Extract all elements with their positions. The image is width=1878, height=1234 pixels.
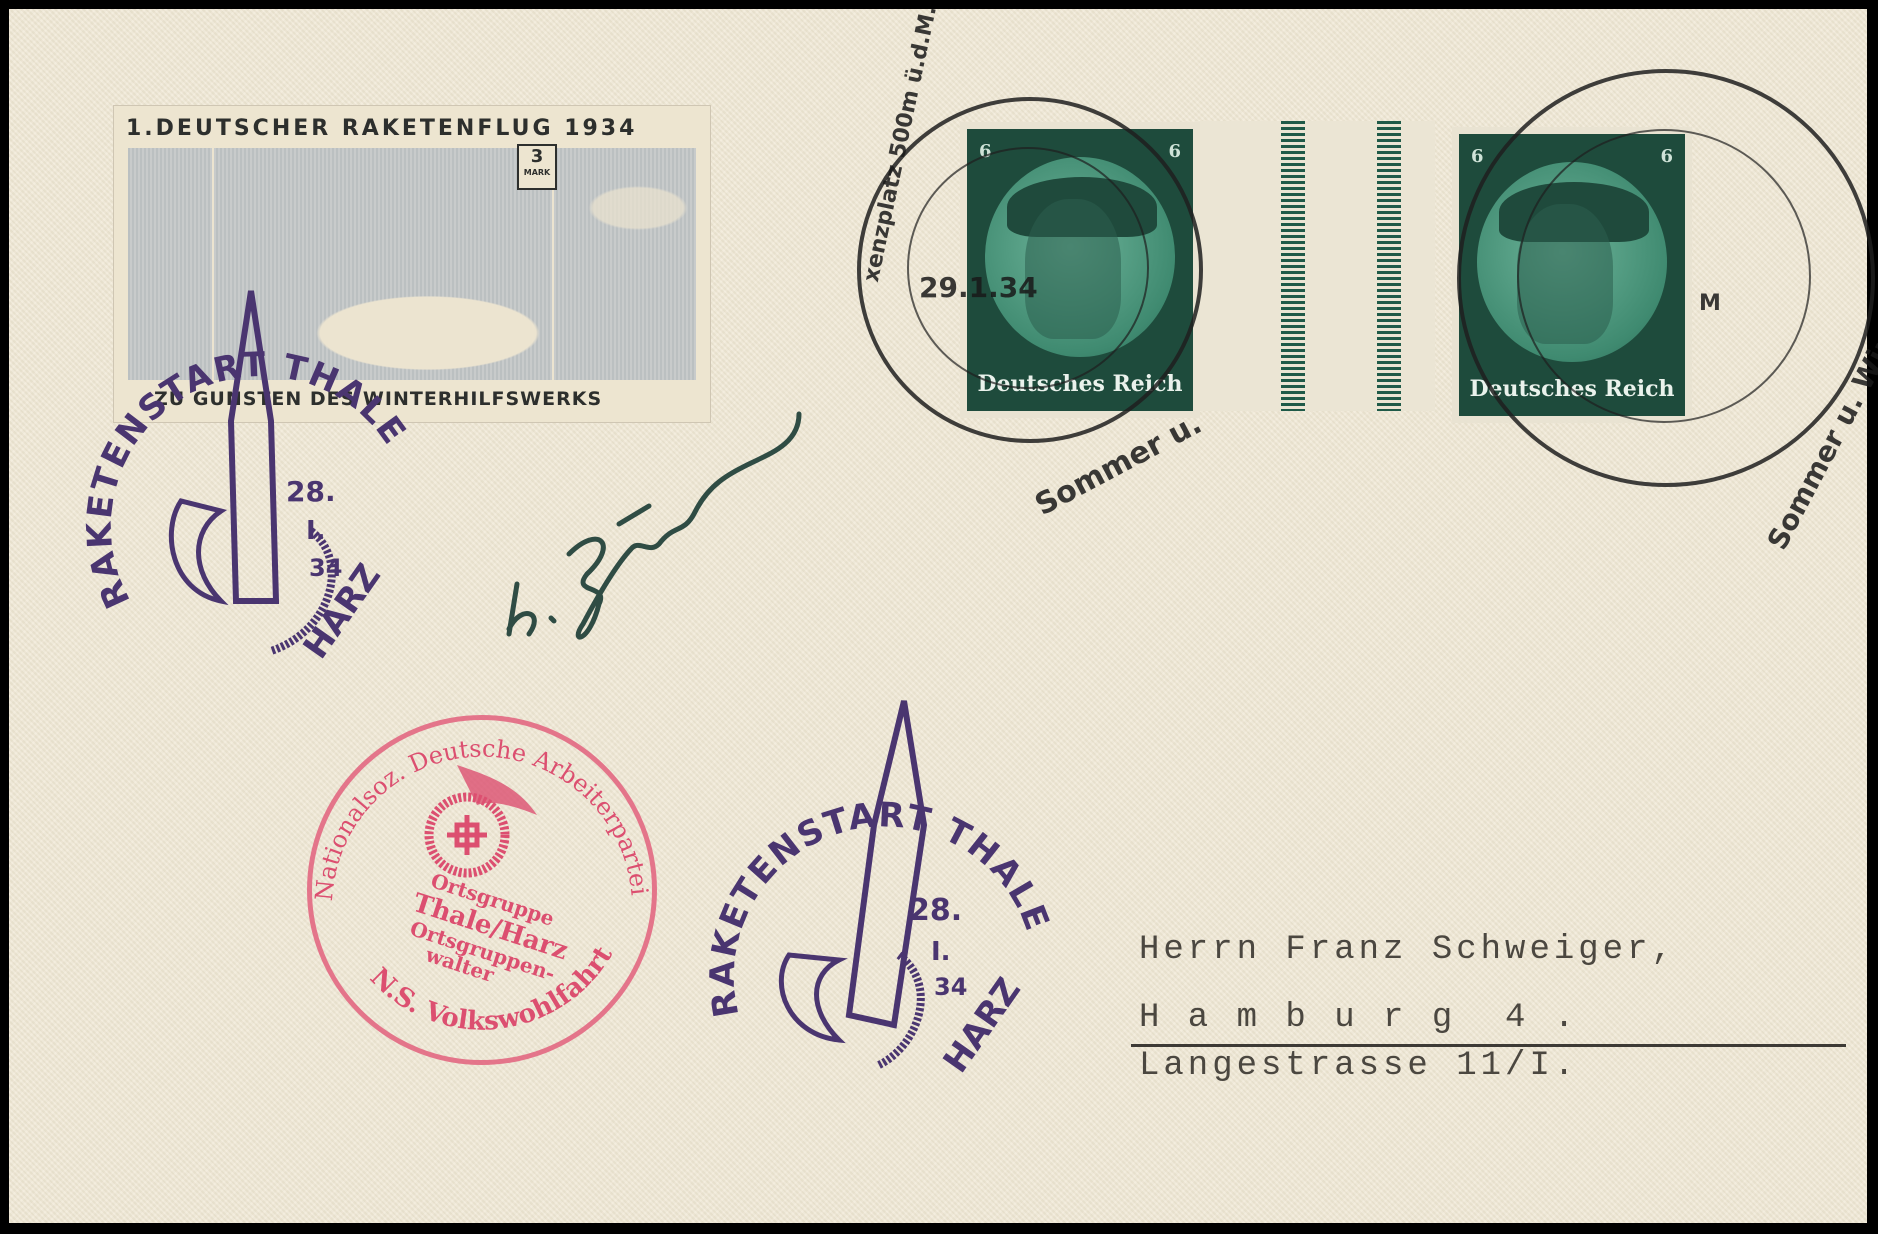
- address-line-city: H a m b u r g 4 .: [1139, 999, 1578, 1037]
- cachet-date-year: 34: [934, 973, 967, 1001]
- address-line-recipient: Herrn Franz Schweiger,: [1139, 931, 1676, 969]
- autograph-signature: [499, 394, 829, 654]
- postmark-date: 29.1.34: [919, 271, 1038, 304]
- cachet-date-year: 34: [309, 554, 342, 582]
- rocket-start-cachet: RAKETENSTART THALE 28. I. 34 HARZ: [699, 695, 1069, 1095]
- postmark-time: M: [1699, 291, 1721, 316]
- cachet-date-day: 28.: [286, 475, 336, 508]
- stamp-value: 6: [1471, 146, 1484, 167]
- cachet-date-month: I.: [931, 937, 951, 967]
- stamp-value: 6: [1168, 141, 1181, 162]
- cachet-date-day: 28.: [909, 893, 962, 928]
- svg-text:Nationalsoz. Deutsche Arbeiter: Nationalsoz. Deutsche Arbeiterpartei: [310, 734, 654, 902]
- gutter-stripes-icon: [1281, 121, 1305, 411]
- nsv-cachet-content: Nationalsoz. Deutsche Arbeiterpartei N.S…: [307, 715, 657, 1065]
- nsv-ring-text: Nationalsoz. Deutsche Arbeiterpartei: [310, 734, 654, 902]
- cachet-date-month: I.: [306, 516, 326, 546]
- vignette-title: 1.DEUTSCHER RAKETENFLUG 1934: [126, 116, 637, 141]
- rocket-start-cachet: RAKETENSTART THALE 28. I. 34 HARZ: [71, 271, 451, 691]
- address-line-street: Langestrasse 11/I.: [1139, 1047, 1578, 1085]
- envelope: 1.DEUTSCHER RAKETENFLUG 1934 3 MARK ZU G…: [9, 9, 1867, 1223]
- vignette-value-box: 3 MARK: [517, 144, 557, 190]
- gutter-stripes-icon: [1377, 121, 1401, 411]
- vignette-unit: MARK: [519, 168, 555, 178]
- postmark-inner-ring: [907, 147, 1149, 389]
- vignette-value: 3: [519, 146, 555, 168]
- emblem-icon: [447, 815, 487, 855]
- postmark-inner-ring: [1517, 129, 1811, 423]
